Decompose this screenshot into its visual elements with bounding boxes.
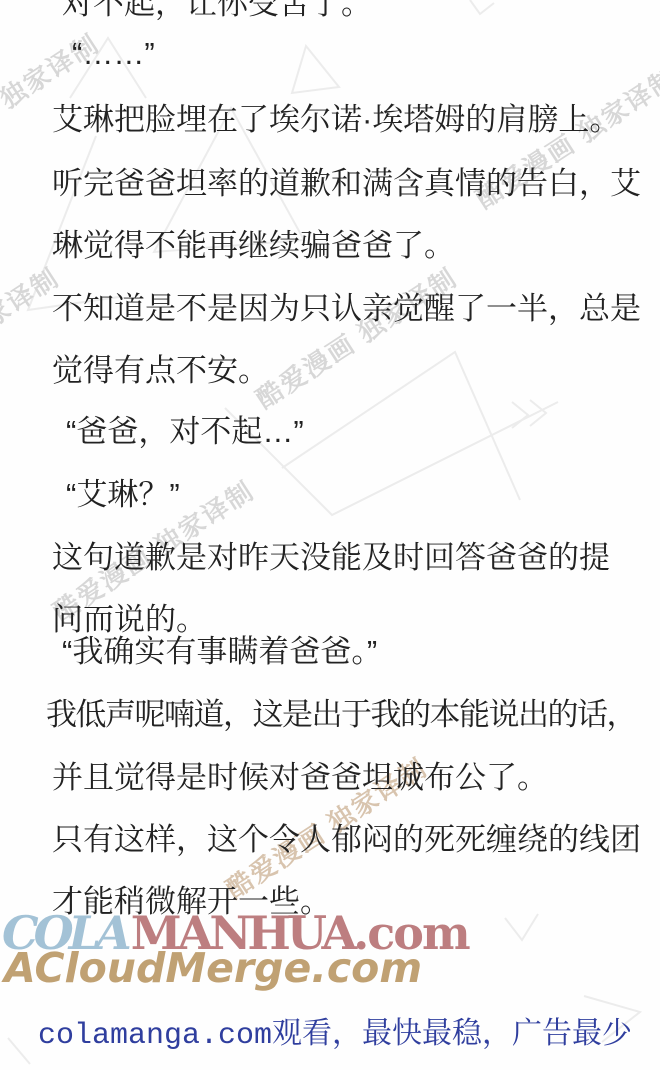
text-line: 对不起，让你受苦了。 bbox=[62, 0, 372, 22]
text-line: 艾琳把脸埋在了埃尔诺·埃塔姆的肩膀上。 bbox=[52, 102, 620, 138]
text-line: “……” bbox=[72, 36, 155, 72]
text-line: 这句道歉是对昨天没能及时回答爸爸的提 bbox=[52, 540, 610, 576]
watermark-shape bbox=[292, 46, 339, 93]
text-line: 不知道是不是因为只认亲觉醒了一半，总是 bbox=[52, 291, 641, 327]
footer-note: colamanga.com观看，最快最稳，广告最少 bbox=[38, 1008, 632, 1053]
text-line: “艾琳？” bbox=[66, 477, 180, 513]
watermark-shape bbox=[8, 1038, 30, 1064]
text-line: 只有这样，这个令人郁闷的死死缠绕的线团 bbox=[52, 822, 641, 858]
text-line: 并且觉得是时候对爸爸坦诚布公了。 bbox=[52, 760, 548, 796]
text-line: 才能稍微解开一些。 bbox=[52, 884, 331, 920]
text-line: 听完爸爸坦率的道歉和满含真情的告白，艾 bbox=[52, 166, 641, 202]
text-line: 琳觉得不能再继续骗爸爸了。 bbox=[52, 228, 455, 264]
text-line: 我低声呢喃道，这是出于我的本能说出的话， bbox=[46, 697, 636, 733]
text-line: “我确实有事瞒着爸爸。” bbox=[62, 634, 377, 670]
text-line: “爸爸，对不起…” bbox=[66, 414, 304, 450]
comic-text-page: 酷爱漫画 独家译制 酷爱漫画 独家译制 酷爱漫画 独家译制 酷爱漫画 独家译制 … bbox=[0, 0, 660, 1070]
acloudmerge-logo: ACloudMerge.com bbox=[4, 944, 422, 992]
text-line: 觉得有点不安。 bbox=[52, 353, 269, 389]
text-line: 问而说的。 bbox=[52, 602, 207, 638]
watermark-shape bbox=[470, 0, 494, 14]
watermark-shape bbox=[505, 914, 538, 940]
